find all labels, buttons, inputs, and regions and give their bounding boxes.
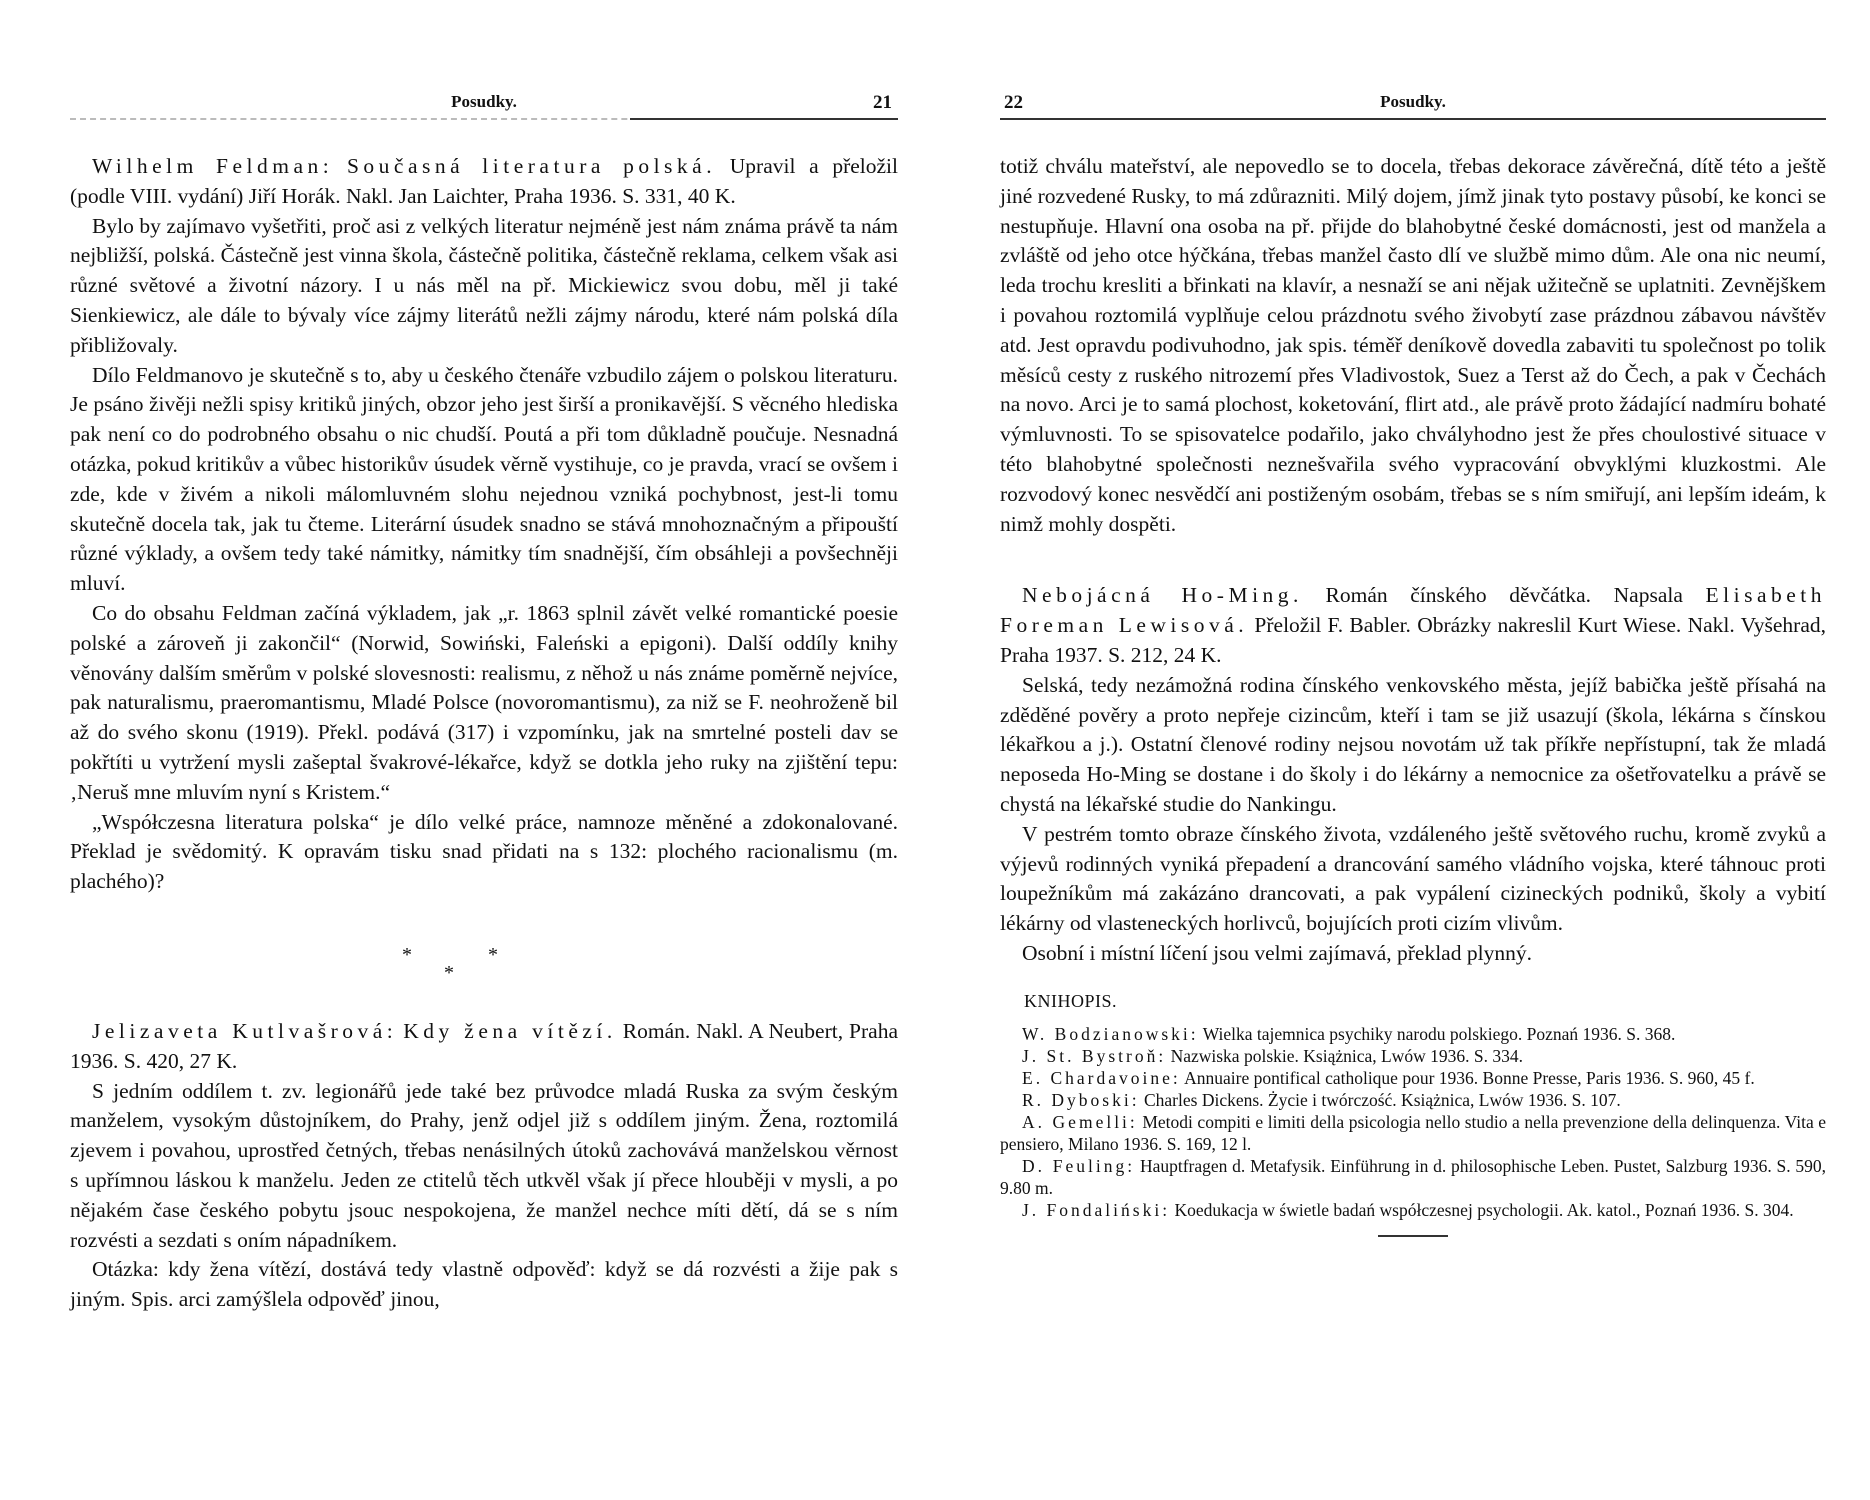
biblio-text: Wielka tajemnica psychiky narodu polskie…	[1203, 1024, 1676, 1044]
biblio-entry: A. Gemelli: Metodi compiti e limiti dell…	[1000, 1111, 1826, 1155]
review-heading: Nebojácná Ho-Ming. Román čínského děvčát…	[1000, 581, 1826, 670]
end-rule	[1378, 1235, 1448, 1237]
running-head: 22 Posudky.	[1000, 92, 1826, 118]
biblio-entry: W. Bodzianowski: Wielka tajemnica psychi…	[1000, 1023, 1826, 1045]
biblio-entry: J. St. Bystroň: Nazwiska polskie. Książn…	[1000, 1045, 1826, 1067]
review-title: Kdy žena vítězí.	[403, 1019, 616, 1043]
paragraph: V pestrém tomto obraze čínského života, …	[1000, 820, 1826, 939]
star-icon: *	[402, 941, 412, 971]
biblio-text: Charles Dickens. Życie i twórczość. Ksią…	[1144, 1090, 1621, 1110]
biblio-author: J. St. Bystroň:	[1022, 1046, 1166, 1066]
biblio-entry: D. Feuling: Hauptfragen d. Metafysik. Ei…	[1000, 1155, 1826, 1199]
page-number: 21	[873, 92, 892, 114]
biblio-entry: E. Chardavoine: Annuaire pontifical cath…	[1000, 1067, 1826, 1089]
biblio-entry: J. Fondaliński: Koedukacja w świetle bad…	[1000, 1199, 1826, 1221]
section-gap	[1000, 539, 1826, 581]
paragraph: Osobní i místní líčení jsou velmi zajíma…	[1000, 939, 1826, 969]
paragraph: Selská, tedy nezámožná rodina čínského v…	[1000, 671, 1826, 820]
biblio-author: J. Fondaliński:	[1022, 1200, 1170, 1220]
biblio-author: A. Gemelli:	[1022, 1112, 1138, 1132]
paragraph: Otázka: kdy žena vítězí, dostává tedy vl…	[70, 1255, 898, 1315]
running-head-title: Posudky.	[1000, 92, 1826, 112]
biblio-text: Koedukacja w świetle badań współczesnej …	[1174, 1200, 1793, 1220]
page-body: Wilhelm Feldman: Současná literatura pol…	[70, 152, 898, 1315]
star-icon: *	[488, 941, 498, 971]
review-title: Současná literatura polská.	[347, 154, 716, 178]
page-22: 22 Posudky. totiž chválu mateřství, ale …	[1000, 0, 1826, 1500]
paragraph-continuation: totiž chválu mateřství, ale nepovedlo se…	[1000, 152, 1826, 539]
header-rule	[630, 118, 898, 120]
page-21: Posudky. 21 Wilhelm Feldman: Současná li…	[70, 0, 898, 1500]
biblio-text: Nazwiska polskie. Książnica, Lwów 1936. …	[1171, 1046, 1523, 1066]
asterism-separator: * * *	[70, 897, 898, 1017]
knihopis-heading: KNIHOPIS.	[1024, 987, 1826, 1017]
running-head-title: Posudky.	[70, 92, 898, 112]
review-subtitle: Román čínského děvčátka. Napsala	[1326, 583, 1683, 607]
biblio-author: W. Bodzianowski:	[1022, 1024, 1199, 1044]
biblio-author: R. Dyboski:	[1022, 1090, 1140, 1110]
biblio-author: D. Feuling:	[1022, 1156, 1135, 1176]
header-rule	[1000, 118, 1826, 120]
biblio-entry: R. Dyboski: Charles Dickens. Życie i twó…	[1000, 1089, 1826, 1111]
running-head: Posudky. 21	[70, 92, 898, 118]
biblio-author: E. Chardavoine:	[1022, 1068, 1181, 1088]
paragraph: Dílo Feldmanovo je skutečně s to, aby u …	[70, 361, 898, 599]
review-heading: Jelizaveta Kutlvašrová: Kdy žena vítězí.…	[70, 1017, 898, 1077]
review-title: Nebojácná Ho-Ming.	[1022, 583, 1303, 607]
paragraph: S jedním oddílem t. zv. legionářů jede t…	[70, 1077, 898, 1256]
review-heading: Wilhelm Feldman: Současná literatura pol…	[70, 152, 898, 212]
paragraph: Bylo by zajímavo vyšetřiti, proč asi z v…	[70, 212, 898, 361]
knihopis-list: W. Bodzianowski: Wielka tajemnica psychi…	[1000, 1023, 1826, 1221]
review-author: Wilhelm Feldman:	[92, 154, 333, 178]
page-body: totiž chválu mateřství, ale nepovedlo se…	[1000, 152, 1826, 1237]
review-author: Jelizaveta Kutlvašrová:	[92, 1019, 397, 1043]
biblio-text: Annuaire pontifical catholique pour 1936…	[1184, 1068, 1755, 1088]
paragraph: Co do obsahu Feldman začíná výkladem, ja…	[70, 599, 898, 808]
star-icon: *	[444, 959, 454, 989]
paragraph: „Współczesna literatura polska“ je dílo …	[70, 808, 898, 897]
